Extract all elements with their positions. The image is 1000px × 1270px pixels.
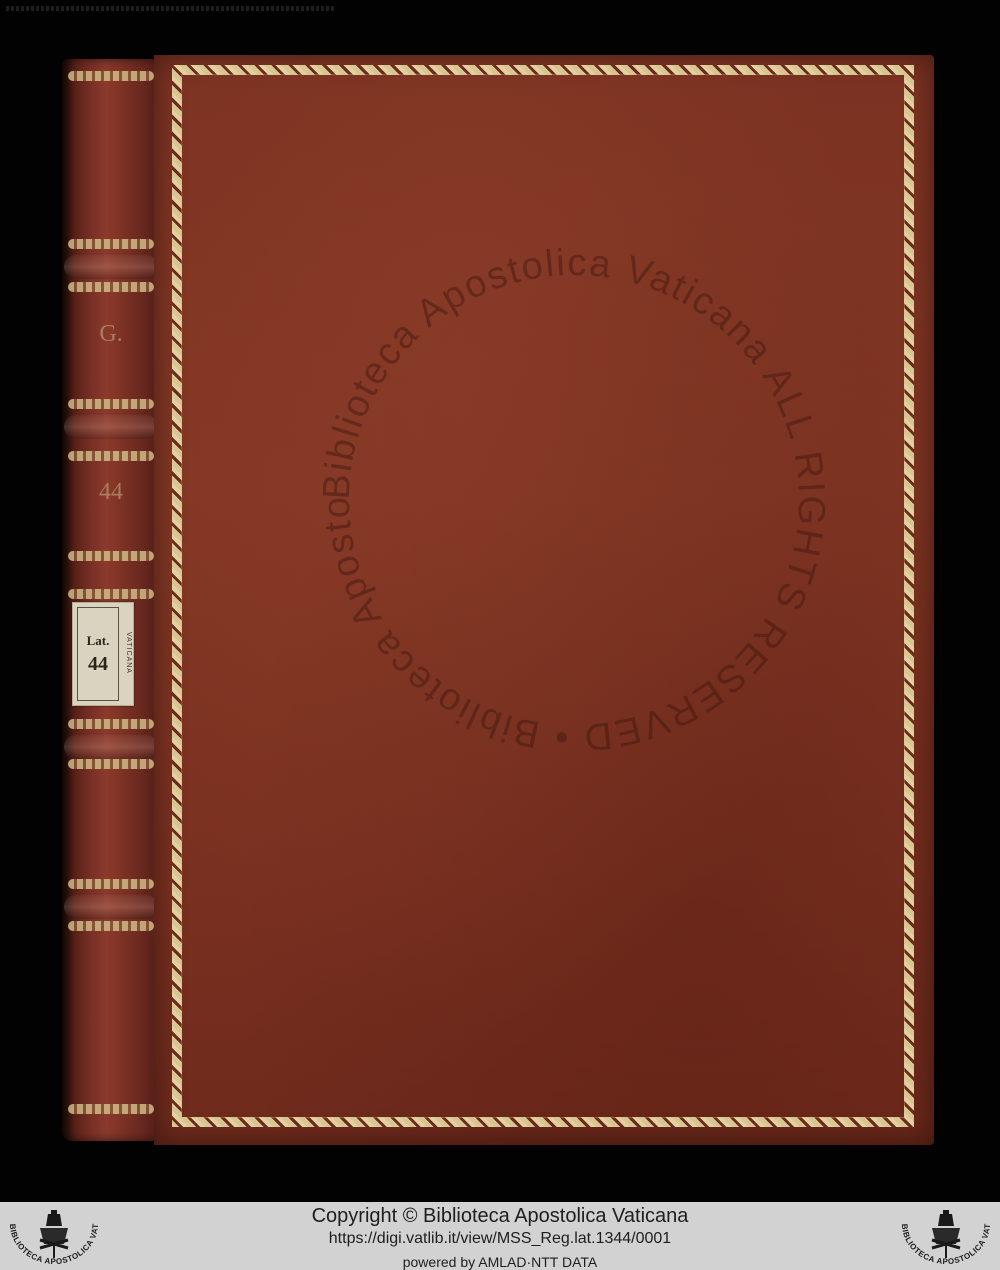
shelfmark-line2: 44: [88, 653, 108, 676]
spine-raised-band: [64, 895, 158, 919]
front-cover: Biblioteca Apostolica Vaticana ALL RIGHT…: [154, 55, 934, 1145]
gilt-border-outline: [172, 65, 914, 1127]
manuscript-scan: G. 44 Lat. 44 VATICANA: [0, 0, 1000, 1200]
copyright-notice: Copyright © Biblioteca Apostolica Vatica…: [0, 1204, 1000, 1228]
spine-gilt-band: [68, 451, 154, 461]
spine-gilt-band: [68, 239, 154, 249]
header-microtext: [6, 6, 336, 11]
spine-title-fragment: G.: [76, 321, 146, 348]
manuscript-url[interactable]: https://digi.vatlib.it/view/MSS_Reg.lat.…: [0, 1228, 1000, 1250]
spine-title-fragment: 44: [76, 479, 146, 506]
shelfmark-label: Lat. 44 VATICANA: [72, 602, 134, 706]
shelfmark-side-text: VATICANA: [120, 613, 132, 693]
papal-keys-tiara-icon: [932, 1210, 960, 1258]
spine-raised-band: [64, 255, 158, 279]
spine-gilt-band: [68, 71, 154, 81]
spine-gilt-band: [68, 1104, 154, 1114]
powered-by: powered by AMLAD·NTT DATA: [0, 1252, 1000, 1270]
spine-raised-band: [64, 735, 158, 759]
spine-gilt-band: [68, 551, 154, 561]
spine-gilt-band: [68, 719, 154, 729]
spine-raised-band: [64, 415, 158, 439]
spine-gilt-band: [68, 921, 154, 931]
book-spine: G. 44 Lat. 44 VATICANA: [62, 59, 162, 1141]
spine-gilt-band: [68, 282, 154, 292]
shelfmark-line1: Lat.: [87, 633, 110, 649]
bav-logo-right: BIBLIOTECA APOSTOLICA VATICANA: [896, 1206, 996, 1270]
spine-gilt-band: [68, 589, 154, 599]
spine-gilt-band: [68, 879, 154, 889]
copyright-footer: BIBLIOTECA APOSTOLICA VATICANA Copyright…: [0, 1200, 1000, 1270]
book-binding: G. 44 Lat. 44 VATICANA: [62, 55, 934, 1145]
spine-gilt-band: [68, 759, 154, 769]
spine-gilt-band: [68, 399, 154, 409]
footer-text-block: Copyright © Biblioteca Apostolica Vatica…: [0, 1204, 1000, 1270]
